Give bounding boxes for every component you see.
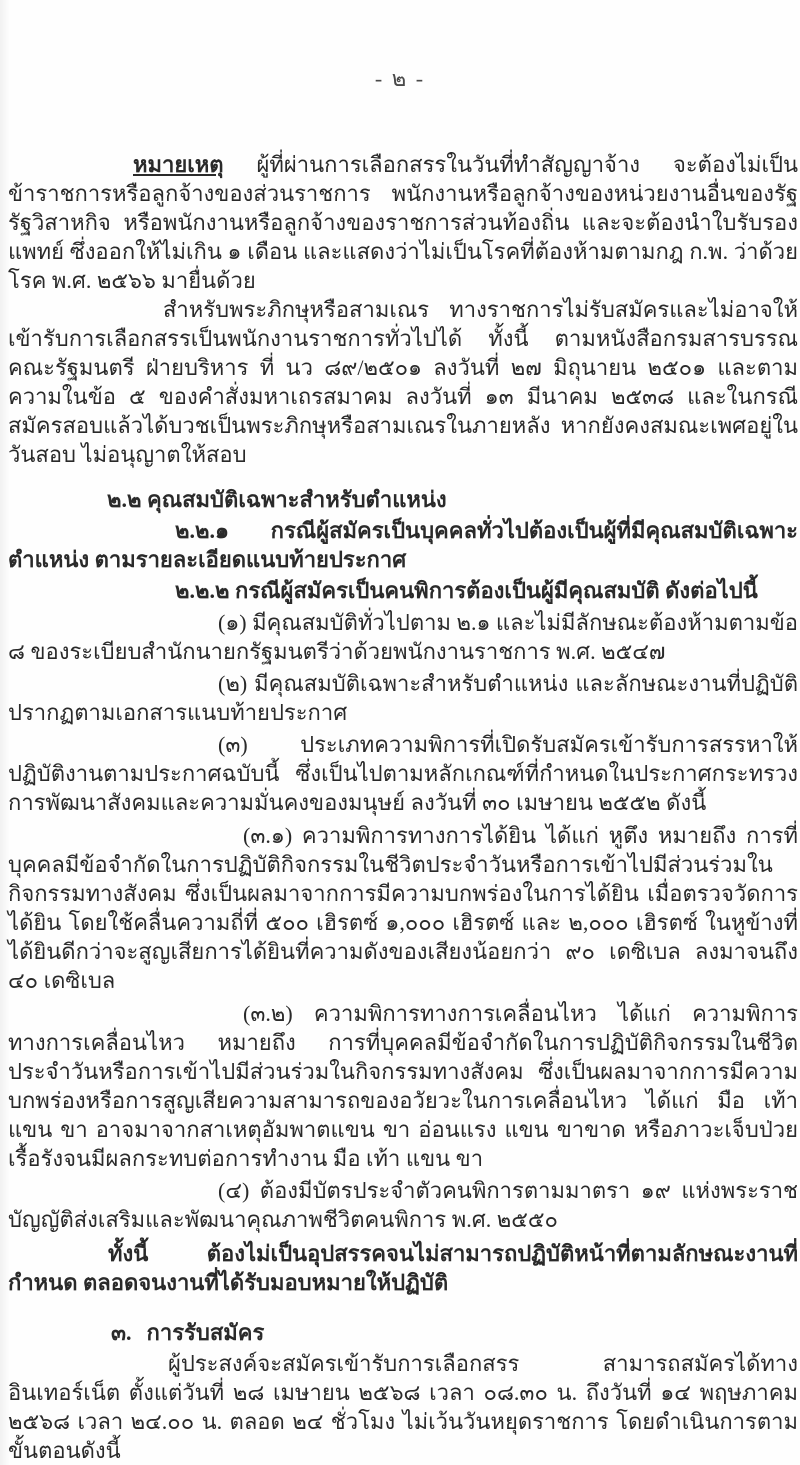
- document-body: หมายเหตุ ผู้ที่ผ่านการเลือกสรรในวันที่ทำ…: [0, 150, 800, 1465]
- application-paragraph: ผู้ประสงค์จะสมัครเข้ารับการเลือกสรร สามา…: [8, 1349, 798, 1465]
- clause-item-4-disability-card: (๔) ต้องมีบัตรประจำตัวคนพิการตามมาตรา ๑๙…: [8, 1176, 798, 1234]
- clause-item-1: (๑) มีคุณสมบัติทั่วไปตาม ๒.๑ และไม่มีลัก…: [8, 608, 798, 666]
- note-paragraph: หมายเหตุ ผู้ที่ผ่านการเลือกสรรในวันที่ทำ…: [8, 150, 798, 295]
- clause-item-3-2-mobility-disability: (๓.๒) ความพิการทางการเคลื่อนไหว ได้แก่ ค…: [8, 999, 798, 1173]
- clause-2-2-2: ๒.๒.๒ กรณีผู้สมัครเป็นคนพิการต้องเป็นผู้…: [8, 576, 798, 605]
- section-2-2-heading: ๒.๒ คุณสมบัติเฉพาะสำหรับตำแหน่ง: [107, 485, 798, 514]
- proviso-paragraph: ทั้งนี้ ต้องไม่เป็นอุปสรรคจนไม่สามารถปฏิ…: [8, 1239, 798, 1297]
- monk-restriction-paragraph: สำหรับพระภิกษุหรือสามเณร ทางราชการไม่รับ…: [8, 295, 798, 469]
- clause-2-2-1: ๒.๒.๑ กรณีผู้สมัครเป็นบุคคลทั่วไปต้องเป็…: [8, 516, 798, 574]
- clause-item-2: (๒) มีคุณสมบัติเฉพาะสำหรับตำแหน่ง และลัก…: [8, 669, 798, 727]
- section-3-heading: ๓.การรับสมัคร: [111, 1318, 798, 1347]
- clause-item-3: (๓) ประเภทความพิการที่เปิดรับสมัครเข้ารั…: [8, 730, 798, 817]
- section-3-number: ๓.: [111, 1320, 132, 1345]
- page-number: - ๒ -: [0, 0, 800, 92]
- note-label: หมายเหตุ: [133, 152, 224, 177]
- note-text: ผู้ที่ผ่านการเลือกสรรในวันที่ทำสัญญาจ้าง…: [8, 152, 798, 293]
- section-3-title: การรับสมัคร: [147, 1320, 265, 1345]
- document-page: - ๒ - หมายเหตุ ผู้ที่ผ่านการเลือกสรรในวั…: [0, 0, 800, 1465]
- clause-item-3-1-hearing-disability: (๓.๑) ความพิการทางการได้ยิน ได้แก่ หูตึง…: [8, 821, 798, 995]
